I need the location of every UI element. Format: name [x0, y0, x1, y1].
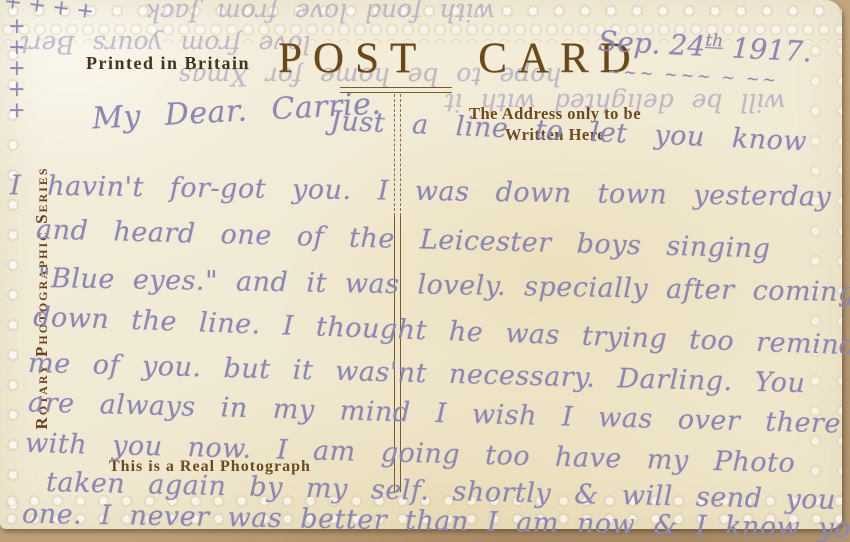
date-year: 1917. [722, 31, 813, 69]
postcard-title: POST CARD [278, 34, 642, 83]
postcard-scan: with fond love from Jack love from yours… [0, 0, 850, 542]
date-ordinal: th [705, 31, 724, 52]
handwritten-line: "Blue eyes." and it was lovely. speciall… [38, 263, 850, 308]
date-underline-squiggle: ~~~ ~~~ ~ ~~ [607, 62, 780, 90]
handwritten-line: I havin't for-got you. I was down town y… [10, 170, 832, 212]
handwritten-line: and heard one of the Leicester boys sing… [36, 214, 771, 264]
inverted-handwriting-line: with fond love from Jack [70, 0, 570, 27]
date-day: Sep. 24 [597, 24, 706, 63]
postcard-paper: with fond love from Jack love from yours… [0, 0, 842, 529]
kisses-marks-column: + + + + + [8, 16, 26, 121]
printed-in-britain-label: Printed in Britain [86, 53, 250, 74]
